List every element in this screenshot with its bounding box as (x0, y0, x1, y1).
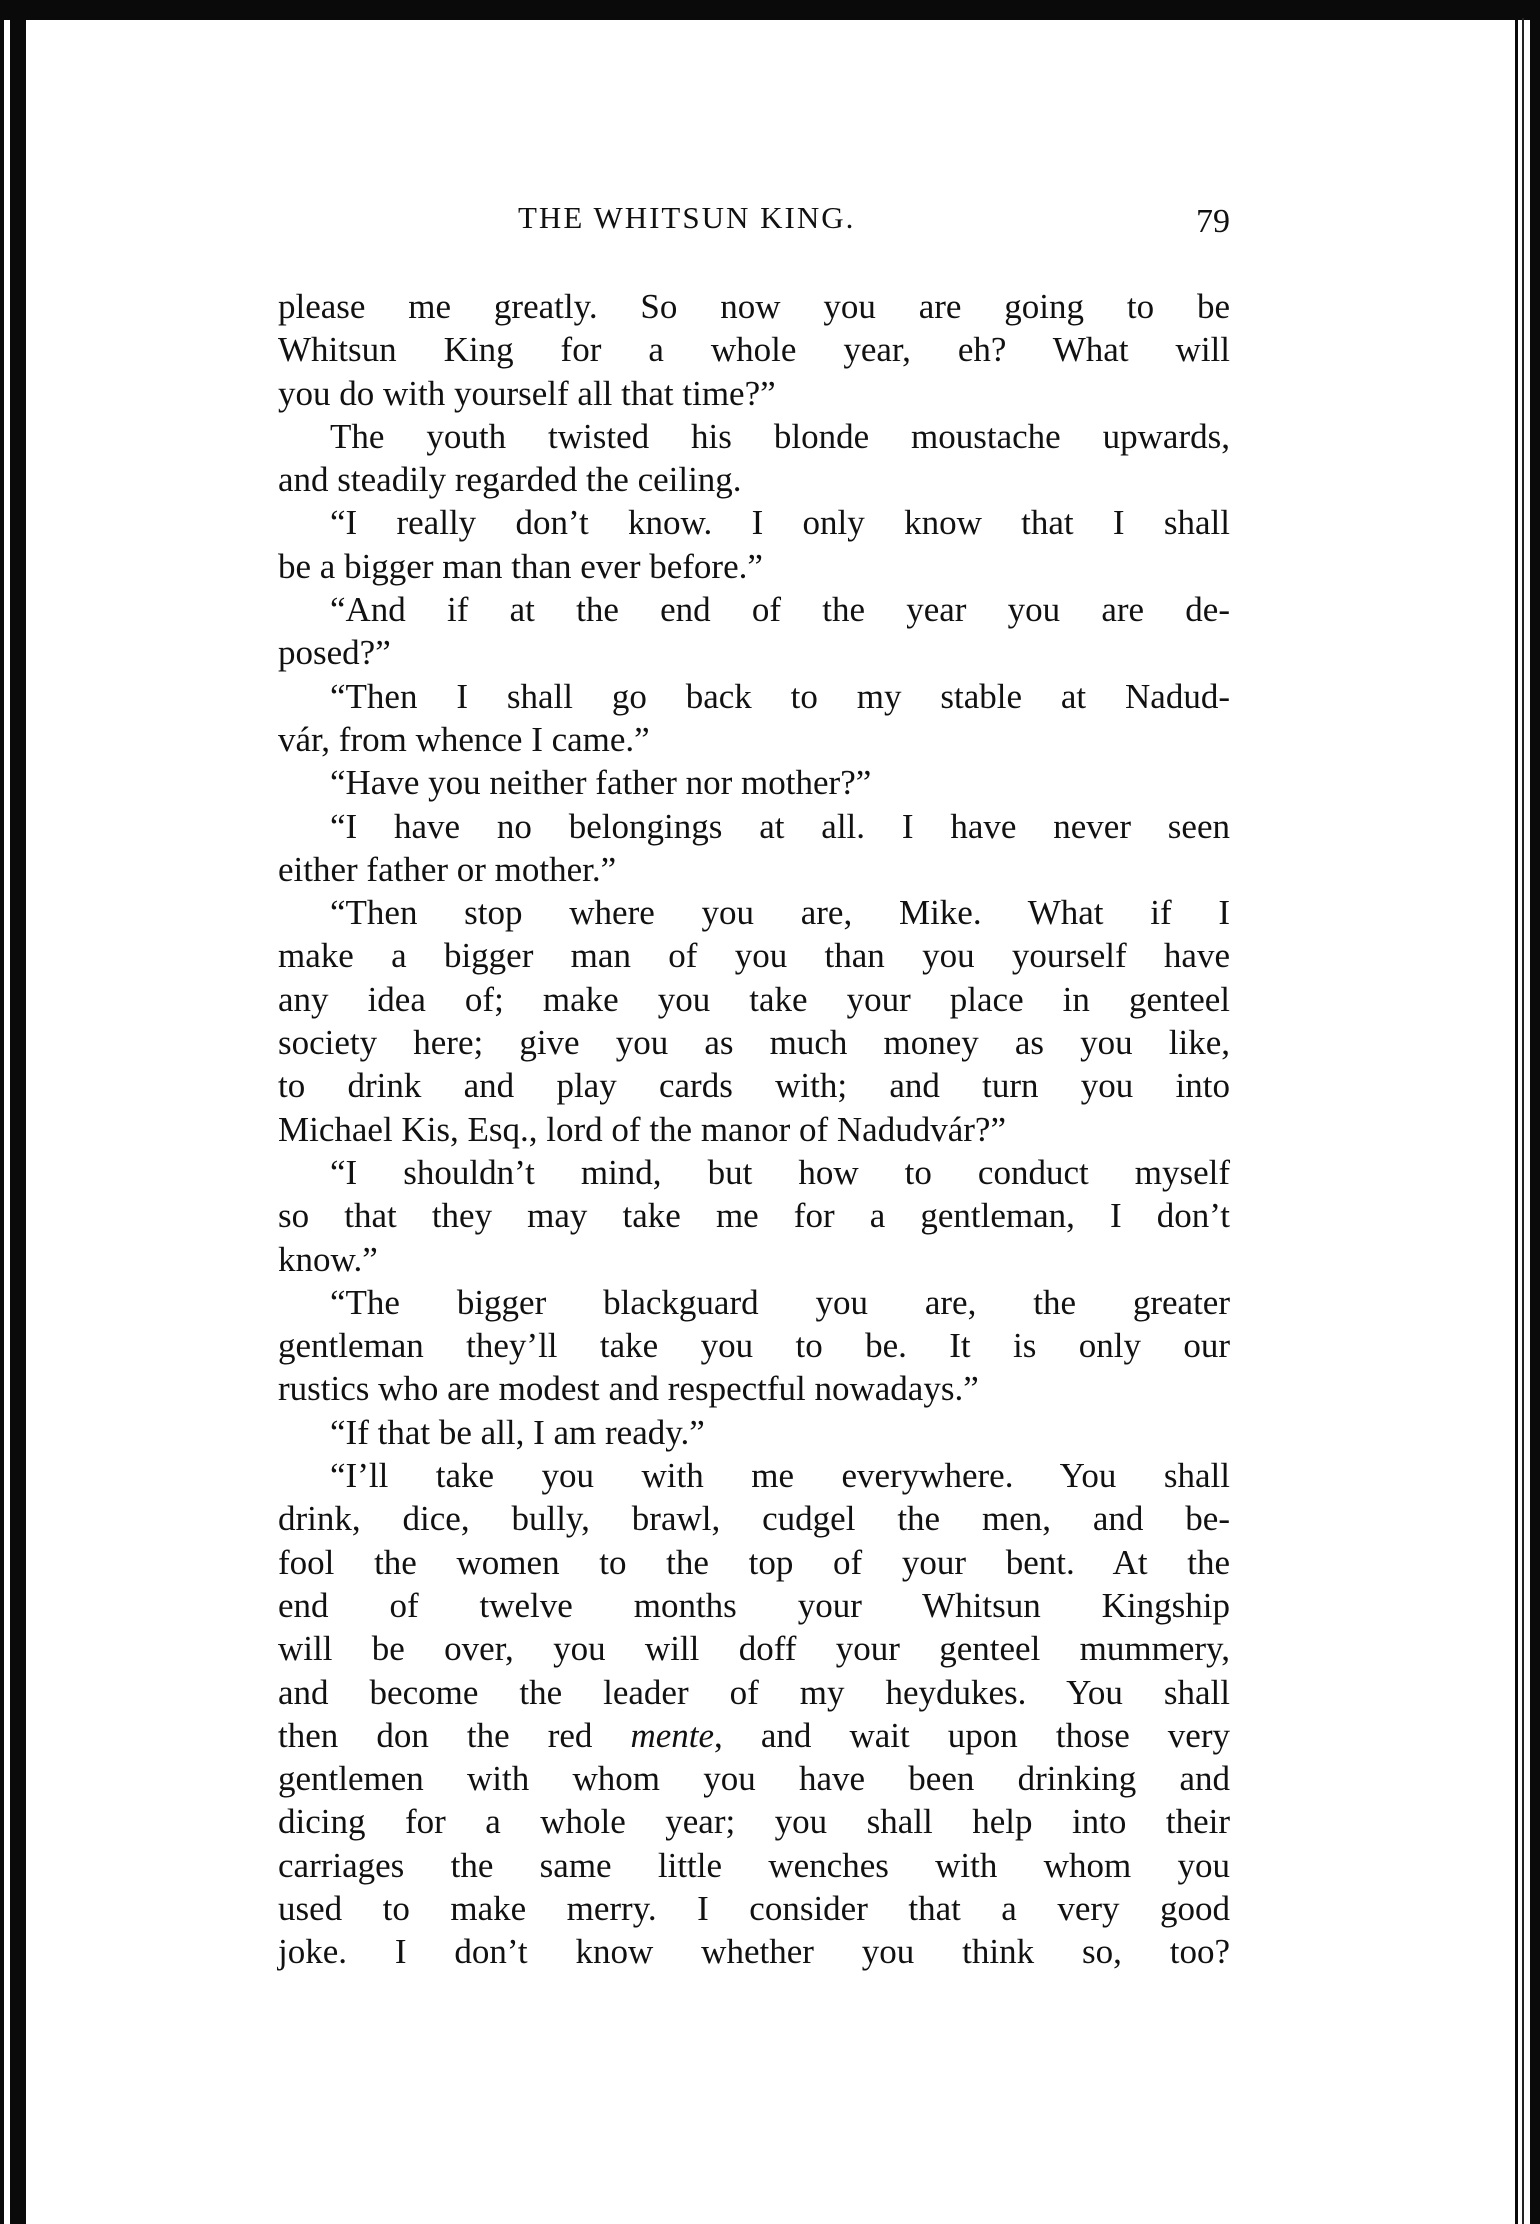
text-line: drink, dice, bully, brawl, cudgel the me… (278, 1497, 1230, 1540)
text-line: gentleman they’ll take you to be. It is … (278, 1324, 1230, 1367)
text-line: rustics who are modest and respectful no… (278, 1367, 1230, 1410)
scan-top-border (0, 0, 1540, 20)
text-line: “Then stop where you are, Mike. What if … (278, 891, 1230, 934)
text-line: joke. I don’t know whether you think so,… (278, 1930, 1230, 1973)
text-line: “Have you neither father nor mother?” (278, 761, 1230, 804)
page-number: 79 (1196, 200, 1230, 244)
scan-left-edge (0, 0, 4, 2224)
text-line: posed?” (278, 631, 1230, 674)
scan-right-rule (1522, 18, 1524, 2224)
text-line: dicing for a whole year; you shall help … (278, 1800, 1230, 1843)
text-line: “I shouldn’t mind, but how to conduct my… (278, 1151, 1230, 1194)
text-line: vár, from whence I came.” (278, 718, 1230, 761)
text-line: then don the red mente, and wait upon th… (278, 1714, 1230, 1757)
text-line: gentlemen with whom you have been drinki… (278, 1757, 1230, 1800)
text-line: “I really don’t know. I only know that I… (278, 501, 1230, 544)
text-line: and become the leader of my heydukes. Yo… (278, 1671, 1230, 1714)
text-line: and steadily regarded the ceiling. (278, 458, 1230, 501)
italic-word: mente (630, 1716, 714, 1755)
text-line: so that they may take me for a gentleman… (278, 1194, 1230, 1237)
scan-right-border (1530, 0, 1540, 2224)
text-line: society here; give you as much money as … (278, 1021, 1230, 1064)
text-line: make a bigger man of you than you yourse… (278, 934, 1230, 977)
text-line: “The bigger blackguard you are, the grea… (278, 1281, 1230, 1324)
text-line: know.” (278, 1238, 1230, 1281)
text-line: used to make merry. I consider that a ve… (278, 1887, 1230, 1930)
running-head: THE WHITSUN KING. 79 (278, 196, 1230, 240)
text-line: will be over, you will doff your genteel… (278, 1627, 1230, 1670)
text-line: “Then I shall go back to my stable at Na… (278, 675, 1230, 718)
text-line: be a bigger man than ever before.” (278, 545, 1230, 588)
text-line: end of twelve months your Whitsun Kingsh… (278, 1584, 1230, 1627)
scan-right-rule (1515, 18, 1518, 2224)
text-line: “And if at the end of the year you are d… (278, 588, 1230, 631)
text-line: The youth twisted his blonde moustache u… (278, 415, 1230, 458)
scan-left-border (10, 0, 26, 2224)
text-line: to drink and play cards with; and turn y… (278, 1064, 1230, 1107)
text-line: either father or mother.” (278, 848, 1230, 891)
text-line: “If that be all, I am ready.” (278, 1411, 1230, 1454)
text-line: “I have no belongings at all. I have nev… (278, 805, 1230, 848)
text-line: Michael Kis, Esq., lord of the manor of … (278, 1108, 1230, 1151)
text-line: you do with yourself all that time?” (278, 372, 1230, 415)
text-line: carriages the same little wenches with w… (278, 1844, 1230, 1887)
text-line: any idea of; make you take your place in… (278, 978, 1230, 1021)
running-title: THE WHITSUN KING. (518, 196, 855, 240)
body-text: please me greatly. So now you are going … (278, 285, 1230, 1974)
text-line: Whitsun King for a whole year, eh? What … (278, 328, 1230, 371)
text-line: fool the women to the top of your bent. … (278, 1541, 1230, 1584)
text-line: please me greatly. So now you are going … (278, 285, 1230, 328)
text-line: “I’ll take you with me everywhere. You s… (278, 1454, 1230, 1497)
